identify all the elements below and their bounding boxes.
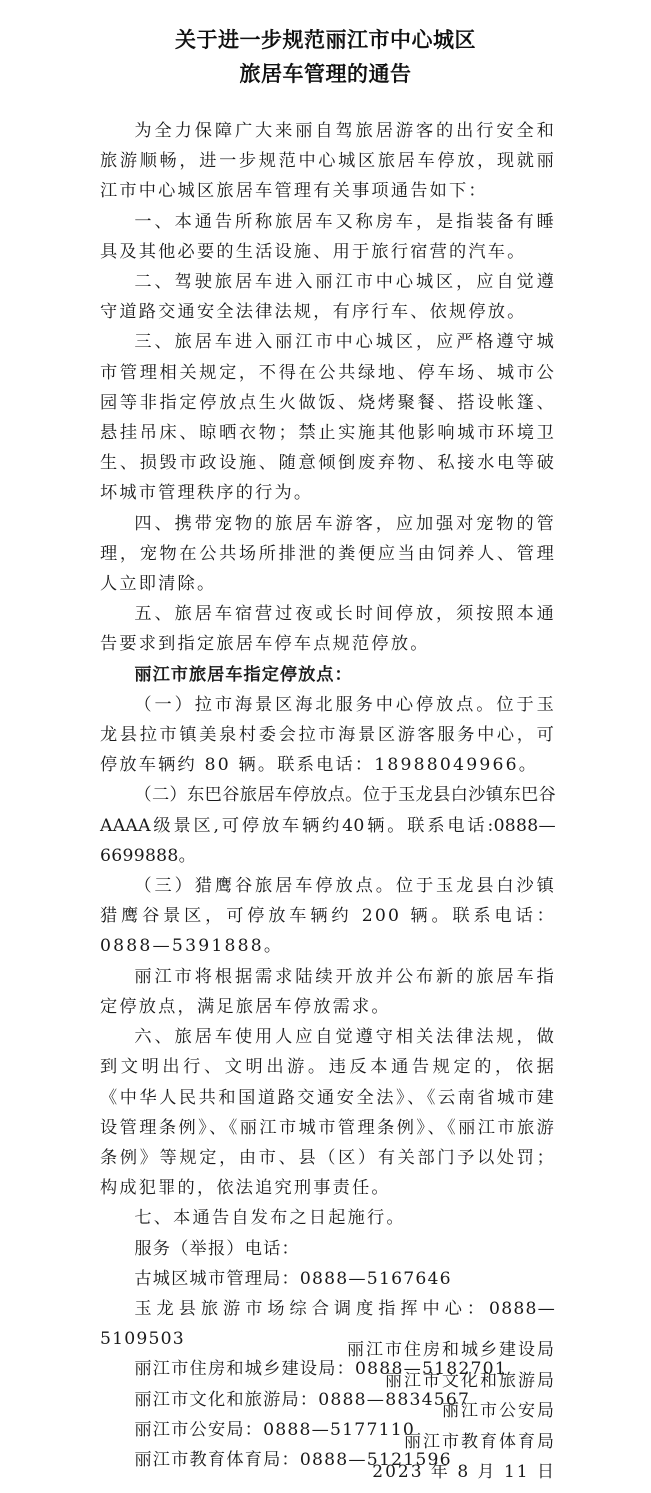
article-6: 六、旅居车使用人应自觉遵守相关法律法规，做到文明出行、文明出游。违反本通告规定的… xyxy=(100,1022,556,1203)
parking-point-1: （一）拉市海景区海北服务中心停放点。位于玉龙县拉市镇美泉村委会拉市海景区游客服务… xyxy=(100,690,556,781)
article-1: 一、本通告所称旅居车又称房车，是指装备有睡具及其他必要的生活设施、用于旅行宿营的… xyxy=(100,207,556,267)
issue-date: 2023 年 8 月 11 日 xyxy=(347,1457,556,1488)
signatory: 丽江市公安局 xyxy=(347,1396,556,1427)
document-title-line-1: 关于进一步规范丽江市中心城区 xyxy=(0,24,651,54)
article-5: 五、旅居车宿营过夜或长时间停放，须按照本通告要求到指定旅居车停车点规范停放。 xyxy=(100,599,556,659)
signature-block: 丽江市住房和城乡建设局 丽江市文化和旅游局 丽江市公安局 丽江市教育体育局 20… xyxy=(347,1335,556,1488)
article-7: 七、本通告自发布之日起施行。 xyxy=(100,1203,556,1233)
signatory: 丽江市文化和旅游局 xyxy=(347,1366,556,1397)
article-2: 二、驾驶旅居车进入丽江市中心城区，应自觉遵守道路交通安全法律法规，有序行车、依规… xyxy=(100,267,556,327)
parking-points-heading: 丽江市旅居车指定停放点： xyxy=(100,660,556,690)
article-3: 三、旅居车进入丽江市中心城区，应严格遵守城市管理相关规定，不得在公共绿地、停车场… xyxy=(100,327,556,508)
document-body: 为全力保障广大来丽自驾旅居游客的出行安全和旅游顺畅，进一步规范中心城区旅居车停放… xyxy=(100,116,556,1475)
signatory: 丽江市教育体育局 xyxy=(347,1427,556,1458)
parking-point-2: （二）东巴谷旅居车停放点。位于玉龙县白沙镇东巴谷AAAA级景区,可停放车辆约40… xyxy=(100,780,556,871)
signatory: 丽江市住房和城乡建设局 xyxy=(347,1335,556,1366)
parking-point-3: （三）猎鹰谷旅居车停放点。位于玉龙县白沙镇猎鹰谷景区，可停放车辆约 200 辆。… xyxy=(100,871,556,962)
document-title-line-2: 旅居车管理的通告 xyxy=(0,58,651,88)
parking-note: 丽江市将根据需求陆续开放并公布新的旅居车指定停放点，满足旅居车停放需求。 xyxy=(100,962,556,1022)
hotline-item: 古城区城市管理局：0888—5167646 xyxy=(100,1264,556,1294)
article-4: 四、携带宠物的旅居车游客，应加强对宠物的管理，宠物在公共场所排泄的粪便应当由饲养… xyxy=(100,509,556,600)
hotline-heading: 服务（举报）电话： xyxy=(100,1234,556,1264)
intro-paragraph: 为全力保障广大来丽自驾旅居游客的出行安全和旅游顺畅，进一步规范中心城区旅居车停放… xyxy=(100,116,556,207)
